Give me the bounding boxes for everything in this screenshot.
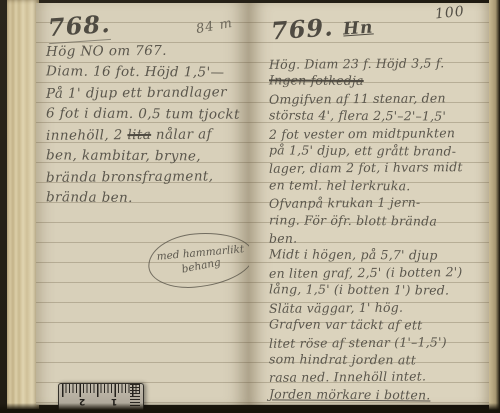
- handwritten-line: Ofvanpå krukan 1 jern-: [269, 193, 463, 212]
- handwritten-segment: 2 fot vester om midtpunkten: [269, 125, 455, 142]
- stacked-page-edges: [7, 0, 39, 409]
- handwritten-line: på 1,5' djup, ett grått brand-: [269, 141, 463, 160]
- handwritten-segment: Grafven var täckt af ett: [269, 316, 422, 332]
- handwritten-line: lång, 1,5' (i botten 1') bred.: [269, 281, 463, 300]
- handwritten-segment: lång, 1,5' (i botten 1') bred.: [269, 282, 449, 298]
- handwritten-segment: en liten graf, 2,5' (i botten 2'): [269, 264, 463, 281]
- right-page-edge: [489, 0, 500, 413]
- handwritten-line: Ingen fotkedja: [269, 72, 463, 91]
- handwritten-line: Släta väggar, 1' hög.: [269, 298, 463, 317]
- handwritten-line: Hög NO om 767.: [46, 40, 240, 63]
- bottom-shadow: [0, 403, 500, 413]
- handwritten-segment: innehöll, 2: [46, 127, 128, 144]
- handwritten-segment: lager, diam 2 fot, i hvars midt: [269, 160, 463, 177]
- handwritten-line: rasa ned. Innehöll intet.: [269, 367, 463, 386]
- handwritten-line: litet röse af stenar (1'–1,5'): [269, 333, 463, 352]
- handwritten-segment: Ofvanpå krukan 1 jern-: [269, 195, 421, 211]
- handwritten-segment: nålar af: [151, 126, 212, 143]
- handwritten-line: 2 fot vester om midtpunkten: [269, 124, 463, 143]
- photo-background: 768. 84 m Hög NO om 767.Diam. 16 fot. Hö…: [0, 0, 500, 413]
- handwritten-line: Midt i högen, på 5,7' djup: [269, 246, 463, 265]
- handwritten-line: Grafven var täckt af ett: [269, 315, 463, 334]
- entry-number-769: 769. Hn: [270, 9, 374, 46]
- entry-number-text: 769.: [270, 12, 334, 45]
- handwritten-line: innehöll, 2 lita nålar af: [46, 124, 240, 147]
- notebook-page-right: 100 769. Hn Hög. Diam 23 f. Höjd 3,5 f.I…: [249, 3, 489, 405]
- handwritten-segment: Midt i högen, på 5,7' djup: [269, 247, 438, 263]
- handwritten-segment: en teml. hel lerkruka.: [269, 177, 411, 193]
- handwritten-line: 6 fot i diam. 0,5 tum tjockt: [46, 103, 240, 125]
- handwritten-segment: på 1,5' djup, ett grått brand-: [269, 142, 456, 158]
- handwritten-line: ring. För öfr. blott brända: [269, 211, 463, 230]
- handwritten-segment: 6 fot i diam. 0,5 tum tjockt: [46, 105, 240, 122]
- corner-note: 84 m: [195, 16, 234, 37]
- circled-marginal-note: med hammarlikt behang: [146, 228, 256, 291]
- handwritten-segment: ben.: [269, 231, 297, 246]
- handwritten-segment: största 4', flera 2,5'–2'–1,5': [269, 108, 446, 124]
- handwritten-segment: Hög. Diam 23 f. Höjd 3,5 f.: [269, 55, 444, 72]
- left-page-text: Hög NO om 767.Diam. 16 fot. Höjd 1,5'—På…: [46, 41, 240, 209]
- handwritten-segment: ben, kambitar, bryne,: [46, 147, 201, 164]
- ruler-major-ticks: [62, 384, 140, 397]
- entry-suffix: Hn: [342, 17, 374, 39]
- handwritten-line: en teml. hel lerkruka.: [269, 176, 463, 195]
- handwritten-segment: Diam. 16 fot. Höjd 1,5'—: [46, 63, 225, 80]
- handwritten-segment: lita: [127, 127, 151, 143]
- handwritten-line: ben.: [269, 228, 463, 247]
- handwritten-segment: litet röse af stenar (1'–1,5'): [269, 334, 447, 351]
- handwritten-segment: som hindrat jorden att: [269, 351, 416, 367]
- handwritten-segment: ring. För öfr. blott brända: [269, 212, 437, 228]
- handwritten-segment: På 1' djup ett brandlager: [46, 84, 227, 102]
- handwritten-line: lager, diam 2 fot, i hvars midt: [269, 159, 463, 178]
- handwritten-line: Diam. 16 fot. Höjd 1,5'—: [46, 61, 240, 83]
- handwritten-segment: brända ben.: [46, 189, 133, 206]
- handwritten-line: brända bronsfragment,: [46, 166, 240, 189]
- handwritten-segment: rasa ned. Innehöll intet.: [269, 369, 426, 385]
- right-page-text: Hög. Diam 23 f. Höjd 3,5 f.Ingen fotkedj…: [269, 55, 463, 403]
- folio-number: 100: [435, 3, 466, 22]
- handwritten-segment: Omgifven af 11 stenar, den: [269, 90, 446, 107]
- handwritten-line: en liten graf, 2,5' (i botten 2'): [269, 263, 463, 282]
- handwritten-line: ben, kambitar, bryne,: [46, 145, 240, 167]
- handwritten-line: som hindrat jorden att: [269, 350, 463, 369]
- handwritten-segment: Hög NO om 767.: [46, 43, 167, 60]
- handwritten-segment: brända bronsfragment,: [46, 168, 214, 185]
- handwritten-segment: Jorden mörkare i botten.: [269, 386, 431, 402]
- handwritten-segment: Släta väggar, 1' hög.: [269, 299, 403, 315]
- handwritten-segment: Ingen fotkedja: [269, 73, 364, 89]
- handwritten-line: brända ben.: [46, 187, 240, 209]
- handwritten-line: största 4', flera 2,5'–2'–1,5': [269, 107, 463, 126]
- handwritten-line: Jorden mörkare i botten.: [269, 385, 463, 404]
- handwritten-line: Omgifven af 11 stenar, den: [269, 89, 463, 108]
- handwritten-line: På 1' djup ett brandlager: [46, 82, 240, 105]
- entry-number-768: 768.: [47, 9, 111, 44]
- handwritten-line: Hög. Diam 23 f. Höjd 3,5 f.: [269, 54, 463, 73]
- notebook-page-left: 768. 84 m Hög NO om 767.Diam. 16 fot. Hö…: [36, 3, 249, 405]
